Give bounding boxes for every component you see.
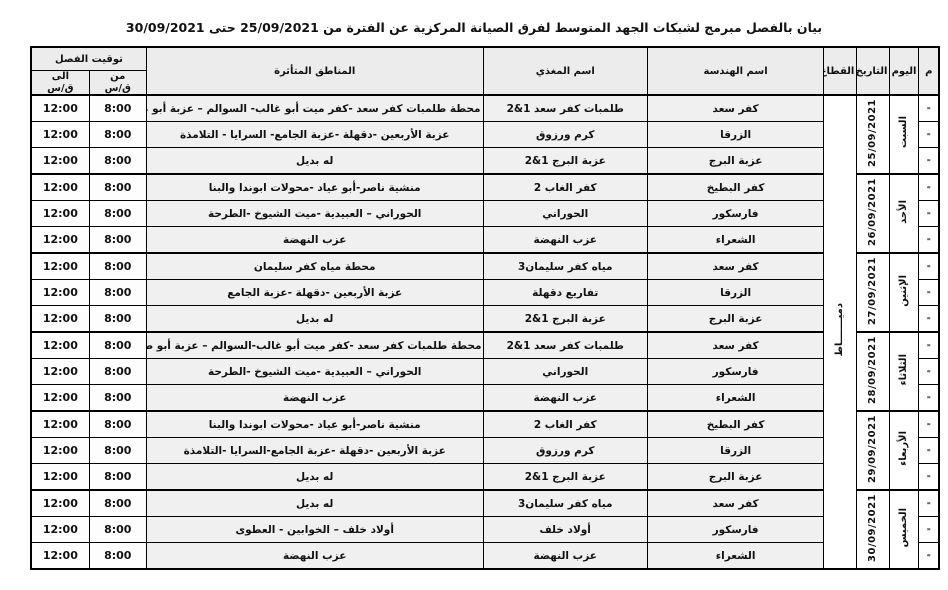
row-serial: =	[919, 359, 939, 385]
to-time-cell: 12:00	[31, 332, 89, 359]
feeder-cell: أولاد خلف	[483, 517, 647, 543]
feeder-cell: مياه كفر سليمان3	[483, 490, 647, 517]
date-label: 29/09/2021	[868, 415, 878, 483]
day-label: الأربعاء	[899, 431, 909, 466]
header-to-label: الى	[34, 71, 87, 83]
feeder-cell: الحوراني	[483, 359, 647, 385]
row-serial: =	[919, 227, 939, 254]
to-time-cell: 12:00	[31, 280, 89, 306]
row-serial: =	[919, 148, 939, 175]
feeder-cell: كفر الغاب 2	[483, 411, 647, 438]
engineering-cell: فارسكور	[647, 517, 823, 543]
feeder-cell: الحوراني	[483, 201, 647, 227]
schedule-row: =الإثنين27/09/2021كفر سعدمياه كفر سليمان…	[31, 253, 939, 280]
header-areas: المناطق المتأثرة	[146, 47, 483, 95]
to-time-cell: 12:00	[31, 306, 89, 333]
to-time-cell: 12:00	[31, 148, 89, 175]
areas-cell: له بديل	[146, 148, 483, 175]
row-serial: =	[919, 201, 939, 227]
engineering-cell: الشعراء	[647, 385, 823, 412]
from-time-cell: 8:00	[89, 253, 146, 280]
from-time-cell: 8:00	[89, 464, 146, 491]
feeder-cell: مياه كفر سليمان3	[483, 253, 647, 280]
schedule-row: =الثلاثاء28/09/2021كفر سعدطلمبات كفر سعد…	[31, 332, 939, 359]
schedule-row: =الزرقاكرم ورزوقعزبة الأربعين -دقهلة -عز…	[31, 122, 939, 148]
date-cell: 28/09/2021	[857, 332, 890, 411]
row-serial: =	[919, 464, 939, 491]
day-cell: الأربعاء	[890, 411, 919, 490]
to-time-cell: 12:00	[31, 201, 89, 227]
day-label: الثلاثاء	[899, 354, 909, 385]
from-time-cell: 8:00	[89, 332, 146, 359]
header-serial: م	[919, 47, 939, 95]
engineering-cell: عزبة البرج	[647, 464, 823, 491]
from-time-cell: 8:00	[89, 148, 146, 175]
feeder-cell: طلمبات كفر سعد 1&2	[483, 95, 647, 122]
feeder-cell: طلمبات كفر سعد 1&2	[483, 332, 647, 359]
engineering-cell: كفر سعد	[647, 490, 823, 517]
areas-cell: عزبة الأربعين -دقهلة -عزبة الجامع-السراي…	[146, 438, 483, 464]
engineering-cell: فارسكور	[647, 359, 823, 385]
day-cell: الثلاثاء	[890, 332, 919, 411]
areas-cell: عزب النهضة	[146, 385, 483, 412]
header-to: الى ق/س	[31, 71, 89, 96]
engineering-cell: عزبة البرج	[647, 306, 823, 333]
feeder-cell: عزبة البرج 1&2	[483, 306, 647, 333]
header-sector: القطاع	[824, 47, 857, 95]
schedule-table-body: =السبت25/09/2021دميـــــــاطكفر سعدطلمبا…	[31, 95, 939, 569]
schedule-row: =الخميس30/09/2021كفر سعدمياه كفر سليمان3…	[31, 490, 939, 517]
feeder-cell: عزبة البرج 1&2	[483, 148, 647, 175]
header-day: اليوم	[890, 47, 919, 95]
schedule-row: =الزرقاكرم ورزوقعزبة الأربعين -دقهلة -عز…	[31, 438, 939, 464]
from-time-cell: 8:00	[89, 490, 146, 517]
to-time-cell: 12:00	[31, 359, 89, 385]
to-time-cell: 12:00	[31, 411, 89, 438]
to-time-cell: 12:00	[31, 227, 89, 254]
date-cell: 27/09/2021	[857, 253, 890, 332]
row-serial: =	[919, 306, 939, 333]
day-cell: الخميس	[890, 490, 919, 569]
document-title: بيان بالفصل مبرمج لشبكات الجهد المتوسط ل…	[0, 0, 948, 35]
schedule-row: =عزبة البرجعزبة البرج 1&2له بديل8:0012:0…	[31, 306, 939, 333]
row-serial: =	[919, 517, 939, 543]
schedule-row: =الشعراءعزب النهضةعزب النهضة8:0012:00	[31, 385, 939, 412]
date-cell: 29/09/2021	[857, 411, 890, 490]
to-time-cell: 12:00	[31, 517, 89, 543]
schedule-row: =الأحد26/09/2021كفر البطيخكفر الغاب 2منش…	[31, 174, 939, 201]
feeder-cell: تفاريع دقهلة	[483, 280, 647, 306]
areas-cell: محطة طلمبات كفر سعد -كفر ميت أبو غالب-ال…	[146, 332, 483, 359]
to-time-cell: 12:00	[31, 385, 89, 412]
areas-cell: له بديل	[146, 306, 483, 333]
schedule-row: =عزبة البرجعزبة البرج 1&2له بديل8:0012:0…	[31, 148, 939, 175]
areas-cell: الحوراني – العبيدية -ميت الشيوخ -الطرحة	[146, 201, 483, 227]
engineering-cell: كفر سعد	[647, 95, 823, 122]
engineering-cell: كفر سعد	[647, 332, 823, 359]
day-cell: الإثنين	[890, 253, 919, 332]
row-serial: =	[919, 253, 939, 280]
row-serial: =	[919, 411, 939, 438]
feeder-cell: عزب النهضة	[483, 227, 647, 254]
areas-cell: منشية ناصر-أبو عياد -محولات ابوندا والبن…	[146, 174, 483, 201]
day-label: الخميس	[899, 508, 909, 547]
to-time-cell: 12:00	[31, 438, 89, 464]
engineering-cell: كفر سعد	[647, 253, 823, 280]
row-serial: =	[919, 280, 939, 306]
sector-label: دميـــــــاط	[835, 303, 845, 356]
to-time-cell: 12:00	[31, 543, 89, 570]
schedule-row: =فارسكورالحورانيالحوراني – العبيدية -ميت…	[31, 201, 939, 227]
sector-cell: دميـــــــاط	[824, 95, 857, 569]
day-cell: الأحد	[890, 174, 919, 253]
table-header: م اليوم التاريخ القطاع اسم الهندسة اسم ا…	[31, 47, 939, 95]
day-label: السبت	[899, 116, 909, 148]
to-time-cell: 12:00	[31, 174, 89, 201]
to-time-cell: 12:00	[31, 122, 89, 148]
areas-cell: عزب النهضة	[146, 227, 483, 254]
date-cell: 25/09/2021	[857, 95, 890, 174]
engineering-cell: عزبة البرج	[647, 148, 823, 175]
header-from: من ق/س	[89, 71, 146, 96]
header-outage-time: توقيت الفصل	[31, 47, 146, 71]
from-time-cell: 8:00	[89, 359, 146, 385]
to-time-cell: 12:00	[31, 464, 89, 491]
from-time-cell: 8:00	[89, 201, 146, 227]
areas-cell: له بديل	[146, 490, 483, 517]
from-time-cell: 8:00	[89, 438, 146, 464]
areas-cell: محطة مياه كفر سليمان	[146, 253, 483, 280]
areas-cell: منشية ناصر-أبو عياد -محولات ابوندا والبن…	[146, 411, 483, 438]
row-serial: =	[919, 174, 939, 201]
engineering-cell: الزرقا	[647, 122, 823, 148]
from-time-cell: 8:00	[89, 280, 146, 306]
engineering-cell: كفر البطيخ	[647, 411, 823, 438]
areas-cell: عزبة الأربعين -دقهلة -عزبة الجامع	[146, 280, 483, 306]
document-page: بيان بالفصل مبرمج لشبكات الجهد المتوسط ل…	[0, 0, 948, 570]
to-time-cell: 12:00	[31, 490, 89, 517]
schedule-row: =الأربعاء29/09/2021كفر البطيخكفر الغاب 2…	[31, 411, 939, 438]
schedule-row: =الشعراءعزب النهضةعزب النهضة8:0012:00	[31, 543, 939, 570]
from-time-cell: 8:00	[89, 543, 146, 570]
engineering-cell: الزرقا	[647, 438, 823, 464]
date-label: 28/09/2021	[868, 336, 878, 404]
header-engineering: اسم الهندسة	[647, 47, 823, 95]
date-label: 30/09/2021	[868, 494, 878, 562]
feeder-cell: كرم ورزوق	[483, 122, 647, 148]
schedule-row: =الزرقاتفاريع دقهلةعزبة الأربعين -دقهلة …	[31, 280, 939, 306]
areas-cell: له بديل	[146, 464, 483, 491]
header-date: التاريخ	[857, 47, 890, 95]
from-time-cell: 8:00	[89, 411, 146, 438]
engineering-cell: فارسكور	[647, 201, 823, 227]
header-to-unit: ق/س	[34, 83, 87, 95]
engineering-cell: الشعراء	[647, 543, 823, 570]
header-feeder: اسم المغذي	[483, 47, 647, 95]
row-serial: =	[919, 385, 939, 412]
schedule-row: =السبت25/09/2021دميـــــــاطكفر سعدطلمبا…	[31, 95, 939, 122]
feeder-cell: كرم ورزوق	[483, 438, 647, 464]
schedule-row: =فارسكورأولاد خلفأولاد خلف – الخوابين - …	[31, 517, 939, 543]
areas-cell: عزبة الأربعين -دقهلة -عزبة الجامع- السرا…	[146, 122, 483, 148]
to-time-cell: 12:00	[31, 253, 89, 280]
from-time-cell: 8:00	[89, 122, 146, 148]
row-serial: =	[919, 438, 939, 464]
feeder-cell: كفر الغاب 2	[483, 174, 647, 201]
date-label: 25/09/2021	[868, 99, 878, 167]
areas-cell: أولاد خلف – الخوابين - العطوى	[146, 517, 483, 543]
from-time-cell: 8:00	[89, 517, 146, 543]
day-label: الأحد	[899, 200, 909, 224]
feeder-cell: عزب النهضة	[483, 385, 647, 412]
date-label: 27/09/2021	[868, 257, 878, 325]
engineering-cell: الزرقا	[647, 280, 823, 306]
day-cell: السبت	[890, 95, 919, 174]
from-time-cell: 8:00	[89, 227, 146, 254]
areas-cell: الحوراني – العبيدية -ميت الشيوخ -الطرحة	[146, 359, 483, 385]
from-time-cell: 8:00	[89, 95, 146, 122]
schedule-row: =الشعراءعزب النهضةعزب النهضة8:0012:00	[31, 227, 939, 254]
date-cell: 30/09/2021	[857, 490, 890, 569]
to-time-cell: 12:00	[31, 95, 89, 122]
areas-cell: عزب النهضة	[146, 543, 483, 570]
row-serial: =	[919, 122, 939, 148]
row-serial: =	[919, 543, 939, 570]
schedule-row: =عزبة البرجعزبة البرج 1&2له بديل8:0012:0…	[31, 464, 939, 491]
header-from-unit: ق/س	[92, 83, 144, 95]
row-serial: =	[919, 332, 939, 359]
date-cell: 26/09/2021	[857, 174, 890, 253]
engineering-cell: الشعراء	[647, 227, 823, 254]
from-time-cell: 8:00	[89, 385, 146, 412]
header-from-label: من	[92, 71, 144, 83]
feeder-cell: عزب النهضة	[483, 543, 647, 570]
schedule-row: =فارسكورالحورانيالحوراني – العبيدية -ميت…	[31, 359, 939, 385]
engineering-cell: كفر البطيخ	[647, 174, 823, 201]
day-label: الإثنين	[899, 275, 909, 307]
from-time-cell: 8:00	[89, 306, 146, 333]
row-serial: =	[919, 95, 939, 122]
from-time-cell: 8:00	[89, 174, 146, 201]
outage-schedule-table: م اليوم التاريخ القطاع اسم الهندسة اسم ا…	[30, 46, 940, 570]
areas-cell: محطة طلمبات كفر سعد -كفر ميت أبو غالب- ا…	[146, 95, 483, 122]
row-serial: =	[919, 490, 939, 517]
feeder-cell: عزبة البرج 1&2	[483, 464, 647, 491]
date-label: 26/09/2021	[868, 178, 878, 246]
